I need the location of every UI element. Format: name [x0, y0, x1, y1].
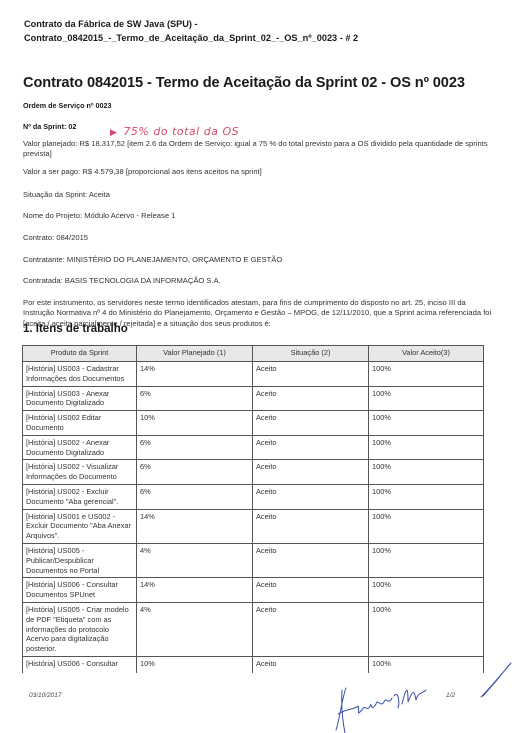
table-row: [História] US005 - Criar modelo de PDF "…: [23, 602, 484, 656]
cell-valor-planejado: 6%: [137, 386, 253, 411]
cell-valor-aceito: 100%: [369, 484, 484, 509]
header-line-1: Contrato da Fábrica de SW Java (SPU) -: [24, 17, 494, 31]
cell-produto: [História] US002 - Visualizar Informaçõe…: [23, 460, 137, 485]
cell-valor-planejado: 10%: [137, 656, 253, 673]
cell-produto: [História] US003 - Anexar Documento Digi…: [23, 386, 137, 411]
initial-mark-icon: [478, 660, 514, 700]
arrow-icon: ▶: [110, 128, 117, 138]
footer-date: 03/10/2017: [29, 692, 62, 699]
cell-produto: [História] US006 - Consultar: [23, 656, 137, 673]
nome-projeto: Nome do Projeto: Módulo Acervo - Release…: [23, 211, 493, 221]
table-row: [História] US003 - Anexar Documento Digi…: [23, 386, 484, 411]
table-row: [História] US002 - Anexar Documento Digi…: [23, 435, 484, 460]
handwritten-annotation: ▶ 75% do total da OS: [110, 125, 239, 138]
table-row: [História] US006 - Consultar10%Aceito100…: [23, 656, 484, 673]
cell-valor-planejado: 6%: [137, 460, 253, 485]
valor-planejado: Valor planejado: R$ 18.317,52 [item 2.6 …: [23, 139, 493, 160]
table-row: [História] US002 - Excluir Documento "Ab…: [23, 484, 484, 509]
cell-situacao: Aceito: [253, 411, 369, 436]
table-row: [História] US005 - Publicar/Despublicar …: [23, 543, 484, 577]
column-header: Valor Aceito(3): [369, 346, 484, 362]
column-header: Valor Planejado (1): [137, 346, 253, 362]
cell-valor-aceito: 100%: [369, 509, 484, 543]
cell-valor-planejado: 10%: [137, 411, 253, 436]
cell-valor-aceito: 100%: [369, 411, 484, 436]
document-header: Contrato da Fábrica de SW Java (SPU) - C…: [24, 17, 494, 45]
cell-situacao: Aceito: [253, 386, 369, 411]
cell-situacao: Aceito: [253, 578, 369, 603]
cell-produto: [História] US005 - Criar modelo de PDF "…: [23, 602, 137, 656]
section-title-itens: 1. Itens de trabalho: [23, 323, 128, 335]
cell-valor-aceito: 100%: [369, 435, 484, 460]
situacao-sprint: Situação da Sprint: Aceita: [23, 190, 493, 200]
cell-valor-aceito: 100%: [369, 578, 484, 603]
column-header: Produto da Sprint: [23, 346, 137, 362]
page-title: Contrato 0842015 - Termo de Aceitação da…: [23, 75, 503, 91]
cell-valor-aceito: 100%: [369, 362, 484, 387]
ordem-servico-label: Ordem de Serviço nº 0023: [23, 101, 112, 110]
signature-icon: [328, 678, 438, 733]
contratante: Contratante: MINISTÉRIO DO PLANEJAMENTO,…: [23, 255, 493, 265]
cell-produto: [História] US002 - Anexar Documento Digi…: [23, 435, 137, 460]
cell-situacao: Aceito: [253, 656, 369, 673]
annotation-text: 75% do total da OS: [123, 125, 239, 138]
cell-valor-planejado: 14%: [137, 509, 253, 543]
cell-valor-planejado: 14%: [137, 362, 253, 387]
contrato: Contrato: 084/2015: [23, 233, 493, 243]
cell-valor-aceito: 100%: [369, 602, 484, 656]
cell-situacao: Aceito: [253, 484, 369, 509]
cell-valor-planejado: 6%: [137, 484, 253, 509]
table-row: [História] US001 e US002 - Excluir Docum…: [23, 509, 484, 543]
cell-situacao: Aceito: [253, 602, 369, 656]
sprint-number-label: Nº da Sprint: 02: [23, 122, 76, 131]
contratada: Contratada: BASIS TECNOLOGIA DA INFORMAÇ…: [23, 276, 493, 286]
cell-produto: [História] US005 - Publicar/Despublicar …: [23, 543, 137, 577]
cell-valor-aceito: 100%: [369, 460, 484, 485]
cell-valor-aceito: 100%: [369, 656, 484, 673]
table-row: [História] US003 - Cadastrar Informações…: [23, 362, 484, 387]
cell-situacao: Aceito: [253, 460, 369, 485]
cell-situacao: Aceito: [253, 435, 369, 460]
cell-valor-aceito: 100%: [369, 386, 484, 411]
page-number: 1/2: [446, 692, 455, 699]
cell-produto: [História] US006 - Consultar Documentos …: [23, 578, 137, 603]
table-row: [História] US002 Editar Documento10%Acei…: [23, 411, 484, 436]
cell-valor-planejado: 6%: [137, 435, 253, 460]
table-row: [História] US002 - Visualizar Informaçõe…: [23, 460, 484, 485]
cell-situacao: Aceito: [253, 509, 369, 543]
header-line-2: Contrato_0842015_-_Termo_de_Aceitação_da…: [24, 31, 494, 45]
table-header-row: Produto da Sprint Valor Planejado (1) Si…: [23, 346, 484, 362]
cell-valor-planejado: 14%: [137, 578, 253, 603]
work-items-table: Produto da Sprint Valor Planejado (1) Si…: [22, 345, 484, 673]
cell-produto: [História] US002 Editar Documento: [23, 411, 137, 436]
cell-produto: [História] US003 - Cadastrar Informações…: [23, 362, 137, 387]
cell-situacao: Aceito: [253, 362, 369, 387]
cell-produto: [História] US002 - Excluir Documento "Ab…: [23, 484, 137, 509]
cell-valor-planejado: 4%: [137, 543, 253, 577]
table-row: [História] US006 - Consultar Documentos …: [23, 578, 484, 603]
valor-pago: Valor a ser pago: R$ 4.579,38 [proporcio…: [23, 167, 493, 177]
column-header: Situação (2): [253, 346, 369, 362]
cell-valor-aceito: 100%: [369, 543, 484, 577]
cell-situacao: Aceito: [253, 543, 369, 577]
cell-valor-planejado: 4%: [137, 602, 253, 656]
cell-produto: [História] US001 e US002 - Excluir Docum…: [23, 509, 137, 543]
